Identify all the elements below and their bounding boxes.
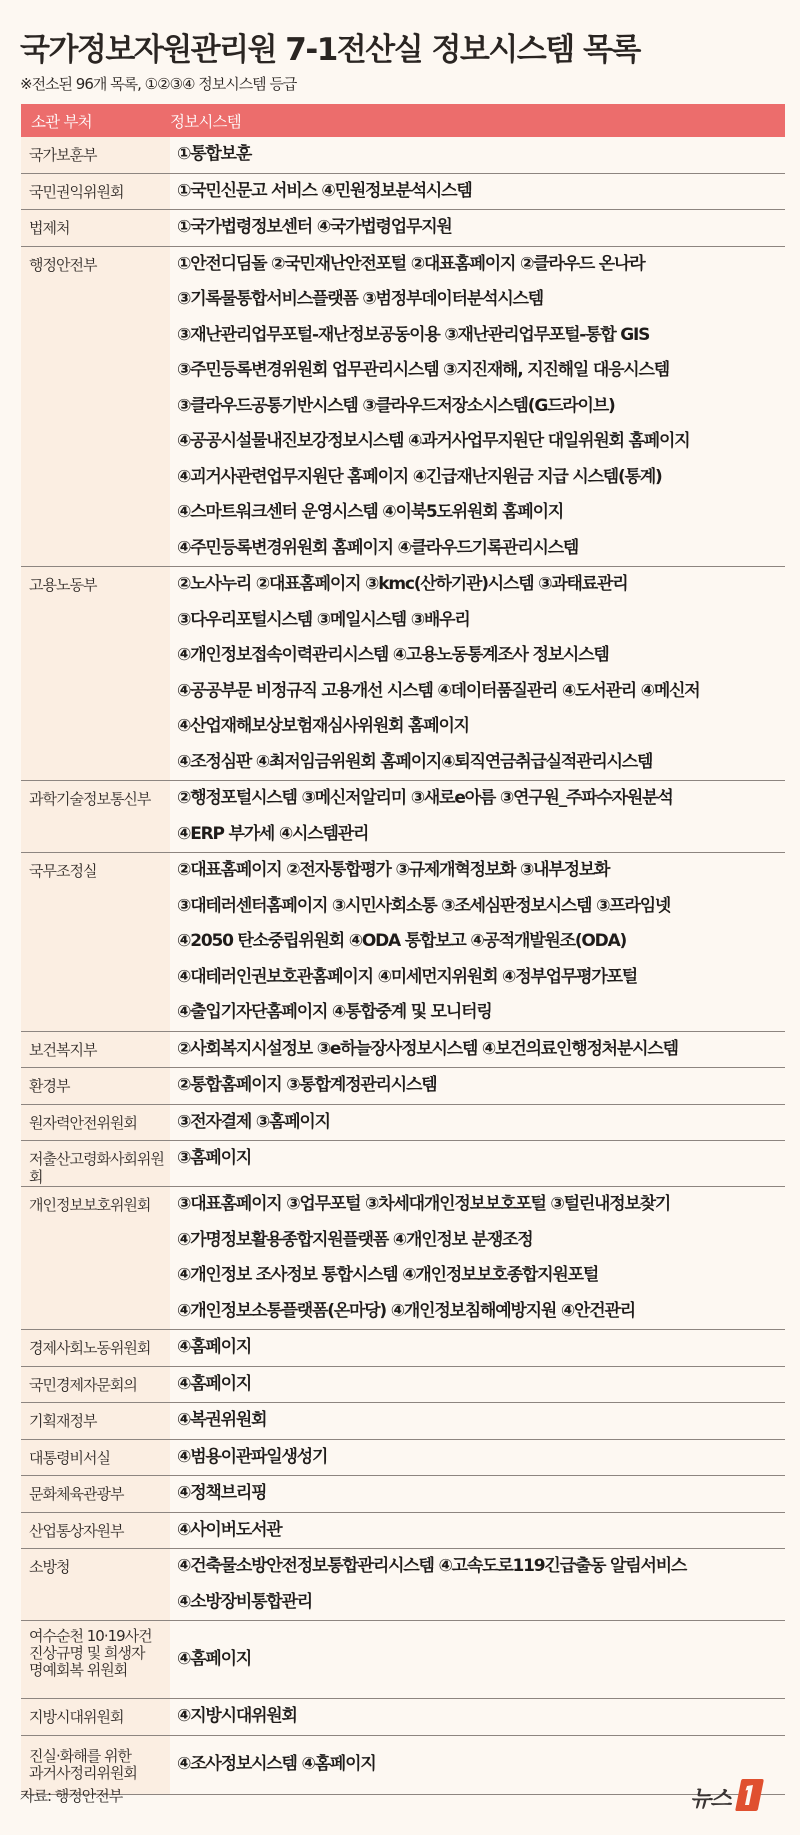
system-line: ③대표홈페이지 ③업무포털 ③차세대개인정보보호포털 ③털린내정보찾기 (177, 1187, 785, 1223)
system-line: ②통합홈페이지 ③통합계정관리시스템 (177, 1068, 785, 1104)
systems-cell: ①안전디딤돌 ②국민재난안전포털 ②대표홈페이지 ②클라우드 온나라③기록물통합… (170, 247, 785, 567)
table-row: 개인정보보호위원회③대표홈페이지 ③업무포털 ③차세대개인정보보호포털 ③털린내… (21, 1187, 785, 1330)
ministry-cell: 국민권익위원회 (21, 174, 170, 210)
system-line: ④ERP 부가세 ④시스템관리 (177, 817, 785, 853)
ministry-name: 행정안전부 (29, 256, 96, 274)
ministry-name: 개인정보보호위원회 (29, 1196, 150, 1214)
table-row: 보건복지부②사회복지시설정보 ③e하늘장사정보시스템 ④보건의료인행정처분시스템 (21, 1032, 785, 1069)
column-header-system: 정보시스템 (170, 110, 785, 132)
table-row: 국가보훈부①통합보훈 (21, 137, 785, 174)
table-row: 저출산고령화사회위원회③홈페이지 (21, 1141, 785, 1187)
system-line: ④스마트워크센터 운영시스템 ④이북5도위원회 홈페이지 (177, 495, 785, 531)
system-line: ④주민등록변경위원회 홈페이지 ④클라우드기록관리시스템 (177, 531, 785, 567)
systems-cell: ②사회복지시설정보 ③e하늘장사정보시스템 ④보건의료인행정처분시스템 (170, 1032, 785, 1068)
ministry-name-line: 명예회복 위원회 (29, 1662, 170, 1679)
systems-cell: ②대표홈페이지 ②전자통합평가 ③규제개혁정보화 ③내부정보화③대테러센터홈페이… (170, 853, 785, 1031)
ministry-cell: 산업통상자원부 (21, 1513, 170, 1549)
system-line: ④정책브리핑 (177, 1476, 785, 1512)
ministry-cell: 여수순천 10·19사건진상규명 및 희생자명예회복 위원회 (21, 1621, 170, 1698)
page-title: 국가정보자원관리원 7-1전산실 정보시스템 목록 (20, 24, 640, 69)
system-line: ④공공시설물내진보강정보시스템 ④과거사업무지원단 대일위원회 홈페이지 (177, 424, 785, 460)
ministry-cell: 보건복지부 (21, 1032, 170, 1068)
table-row: 소방청④건축물소방안전정보통합관리시스템 ④고속도로119긴급출동 알림서비스④… (21, 1549, 785, 1621)
table-row: 국민경제자문회의④홈페이지 (21, 1367, 785, 1404)
systems-cell: ③대표홈페이지 ③업무포털 ③차세대개인정보보호포털 ③털린내정보찾기④가명정보… (170, 1187, 785, 1329)
systems-cell: ①국민신문고 서비스 ④민원정보분석시스템 (170, 174, 785, 210)
page-subtitle: ※전소된 96개 목록, ①②③④ 정보시스템 등급 (20, 73, 296, 94)
ministry-name: 국민권익위원회 (29, 183, 123, 201)
system-line: ④홈페이지 (177, 1330, 785, 1366)
ministry-name-line: 여수순천 10·19사건 (29, 1628, 170, 1645)
systems-cell: ①통합보훈 (170, 137, 785, 173)
system-line: ④조사정보시스템 ④홈페이지 (177, 1747, 376, 1783)
system-line: ③클라우드공통기반시스템 ③클라우드저장소시스템(G드라이브) (177, 389, 785, 425)
table-row: 기획재정부④복권위원회 (21, 1403, 785, 1440)
system-line: ②노사누리 ②대표홈페이지 ③kmc(산하기관)시스템 ③과태료관리 (177, 567, 785, 603)
ministry-name: 대통령비서실 (29, 1449, 110, 1467)
ministry-cell: 경제사회노동위원회 (21, 1330, 170, 1366)
table-row: 환경부②통합홈페이지 ③통합계정관리시스템 (21, 1068, 785, 1105)
system-line: ④소방장비통합관리 (177, 1585, 785, 1621)
table-row: 여수순천 10·19사건진상규명 및 희생자명예회복 위원회④홈페이지 (21, 1621, 785, 1699)
source-note: 자료: 행정안전부 (20, 1785, 122, 1806)
news1-logo: 뉴스 (690, 1778, 764, 1816)
ministry-cell: 환경부 (21, 1068, 170, 1104)
ministry-name: 산업통상자원부 (29, 1522, 123, 1540)
ministry-cell: 소방청 (21, 1549, 170, 1620)
ministry-name: 국무조정실 (29, 862, 96, 880)
system-line: ④산업재해보상보험재심사위원회 홈페이지 (177, 709, 785, 745)
system-line: ①국가법령정보센터 ④국가법령업무지원 (177, 210, 785, 246)
system-line: ①통합보훈 (177, 137, 785, 173)
table-row: 과학기술정보통신부②행정포털시스템 ③메신저알리미 ③새로e아름 ③연구원_주파… (21, 781, 785, 853)
system-line: ①안전디딤돌 ②국민재난안전포털 ②대표홈페이지 ②클라우드 온나라 (177, 247, 785, 283)
system-line: ③기록물통합서비스플랫폼 ③범정부데이터분석시스템 (177, 282, 785, 318)
table-row: 진실·화해를 위한과거사정리위원회④조사정보시스템 ④홈페이지 (21, 1736, 785, 1795)
system-line: ①국민신문고 서비스 ④민원정보분석시스템 (177, 174, 785, 210)
systems-cell: ②통합홈페이지 ③통합계정관리시스템 (170, 1068, 785, 1104)
systems-cell: ④범용이관파일생성기 (170, 1440, 785, 1476)
ministry-name: 원자력안전위원회 (29, 1114, 137, 1132)
system-line: ④범용이관파일생성기 (177, 1440, 785, 1476)
ministry-cell: 국가보훈부 (21, 137, 170, 173)
ministry-name: 국민경제자문회의 (29, 1376, 137, 1394)
ministry-cell: 기획재정부 (21, 1403, 170, 1439)
system-line: ②행정포털시스템 ③메신저알리미 ③새로e아름 ③연구원_주파수자원분석 (177, 781, 785, 817)
system-line: ④2050 탄소중립위원회 ④ODA 통합보고 ④공적개발원조(ODA) (177, 924, 785, 960)
system-line: ④지방시대위원회 (177, 1699, 785, 1735)
table-row: 문화체육관광부④정책브리핑 (21, 1476, 785, 1513)
table-row: 지방시대위원회④지방시대위원회 (21, 1699, 785, 1736)
table-row: 대통령비서실④범용이관파일생성기 (21, 1440, 785, 1477)
ministry-cell: 원자력안전위원회 (21, 1105, 170, 1141)
system-line: ③전자결제 ③홈페이지 (177, 1105, 785, 1141)
ministry-cell: 저출산고령화사회위원회 (21, 1141, 170, 1186)
table-row: 원자력안전위원회③전자결제 ③홈페이지 (21, 1105, 785, 1142)
systems-cell: ③홈페이지 (170, 1141, 785, 1186)
ministry-cell: 고용노동부 (21, 567, 170, 780)
systems-cell: ①국가법령정보센터 ④국가법령업무지원 (170, 210, 785, 246)
ministry-cell: 개인정보보호위원회 (21, 1187, 170, 1329)
system-line: ④출입기자단홈페이지 ④통합중계 및 모니터링 (177, 995, 785, 1031)
systems-cell: ③전자결제 ③홈페이지 (170, 1105, 785, 1141)
ministry-name: 고용노동부 (29, 576, 96, 594)
system-line: ③재난관리업무포털-재난정보공동이용 ③재난관리업무포털-통합 GIS (177, 318, 785, 354)
system-line: ④개인정보접속이력관리시스템 ④고용노동통계조사 정보시스템 (177, 638, 785, 674)
ministry-name-line: 진상규명 및 희생자 (29, 1645, 170, 1662)
ministry-cell: 국민경제자문회의 (21, 1367, 170, 1403)
ministry-name: 지방시대위원회 (29, 1708, 123, 1726)
systems-cell: ④홈페이지 (170, 1330, 785, 1366)
ministry-name: 경제사회노동위원회 (29, 1339, 150, 1357)
systems-table: 소관 부처 정보시스템 국가보훈부①통합보훈국민권익위원회①국민신문고 서비스 … (21, 104, 785, 1795)
system-line: ③주민등록변경위원회 업무관리시스템 ③지진재해, 지진해일 대응시스템 (177, 353, 785, 389)
system-line: ④대테러인권보호관홈페이지 ④미세먼지위원회 ④정부업무평가포털 (177, 960, 785, 996)
table-row: 행정안전부①안전디딤돌 ②국민재난안전포털 ②대표홈페이지 ②클라우드 온나라③… (21, 247, 785, 568)
logo-mark-icon (734, 1778, 764, 1816)
system-line: ③대테러센터홈페이지 ③시민사회소통 ③조세심판정보시스템 ③프라임넷 (177, 889, 785, 925)
logo-text: 뉴스 (690, 1782, 731, 1813)
systems-cell: ②행정포털시스템 ③메신저알리미 ③새로e아름 ③연구원_주파수자원분석④ERP… (170, 781, 785, 852)
ministry-cell: 문화체육관광부 (21, 1476, 170, 1512)
table-body: 국가보훈부①통합보훈국민권익위원회①국민신문고 서비스 ④민원정보분석시스템법제… (21, 137, 785, 1795)
ministry-name: 보건복지부 (29, 1041, 96, 1059)
table-row: 국무조정실②대표홈페이지 ②전자통합평가 ③규제개혁정보화 ③내부정보화③대테러… (21, 853, 785, 1032)
ministry-name: 소방청 (29, 1558, 69, 1576)
table-row: 법제처①국가법령정보센터 ④국가법령업무지원 (21, 210, 785, 247)
ministry-cell: 지방시대위원회 (21, 1699, 170, 1735)
column-header-ministry: 소관 부처 (21, 110, 170, 132)
system-line: ④사이버도서관 (177, 1513, 785, 1549)
system-line: ④조정심판 ④최저임금위원회 홈페이지④퇴직연금취급실적관리시스템 (177, 745, 785, 781)
systems-cell: ④건축물소방안전정보통합관리시스템 ④고속도로119긴급출동 알림서비스④소방장… (170, 1549, 785, 1620)
systems-cell: ④정책브리핑 (170, 1476, 785, 1512)
table-row: 국민권익위원회①국민신문고 서비스 ④민원정보분석시스템 (21, 174, 785, 211)
ministry-name: 기획재정부 (29, 1412, 96, 1430)
ministry-cell: 국무조정실 (21, 853, 170, 1031)
ministry-cell: 행정안전부 (21, 247, 170, 567)
system-line: ④복권위원회 (177, 1403, 785, 1439)
table-header: 소관 부처 정보시스템 (21, 104, 785, 137)
systems-cell: ②노사누리 ②대표홈페이지 ③kmc(산하기관)시스템 ③과태료관리③다우리포털… (170, 567, 785, 780)
system-line: ④공공부문 비정규직 고용개선 시스템 ④데이터품질관리 ④도서관리 ④메신저 (177, 674, 785, 710)
table-row: 고용노동부②노사누리 ②대표홈페이지 ③kmc(산하기관)시스템 ③과태료관리③… (21, 567, 785, 781)
system-line: ③홈페이지 (177, 1141, 785, 1177)
table-row: 산업통상자원부④사이버도서관 (21, 1513, 785, 1550)
ministry-name: 저출산고령화사회위원회 (29, 1150, 164, 1186)
system-line: ④괴거사관련업무지원단 홈페이지 ④긴급재난지원금 지급 시스템(통계) (177, 460, 785, 496)
system-line: ④가명정보활용종합지원플랫폼 ④개인정보 분쟁조정 (177, 1223, 785, 1259)
table-row: 경제사회노동위원회④홈페이지 (21, 1330, 785, 1367)
system-line: ④개인정보 조사정보 통합시스템 ④개인정보보호종합지원포털 (177, 1258, 785, 1294)
system-line: ④건축물소방안전정보통합관리시스템 ④고속도로119긴급출동 알림서비스 (177, 1549, 785, 1585)
systems-cell: ④홈페이지 (170, 1367, 785, 1403)
system-line: ③다우리포털시스템 ③메일시스템 ③배우리 (177, 603, 785, 639)
system-line: ④홈페이지 (177, 1642, 251, 1678)
system-line: ④개인정보소통플랫폼(온마당) ④개인정보침해예방지원 ④안건관리 (177, 1294, 785, 1330)
systems-cell: ④홈페이지 (170, 1621, 785, 1698)
ministry-name: 법제처 (29, 219, 69, 237)
ministry-name: 국가보훈부 (29, 146, 96, 164)
systems-cell: ④사이버도서관 (170, 1513, 785, 1549)
infographic: 국가정보자원관리원 7-1전산실 정보시스템 목록 ※전소된 96개 목록, ①… (0, 0, 800, 1835)
system-line: ④홈페이지 (177, 1367, 785, 1403)
ministry-name-line: 진실·화해를 위한 (29, 1748, 137, 1765)
system-line: ②사회복지시설정보 ③e하늘장사정보시스템 ④보건의료인행정처분시스템 (177, 1032, 785, 1068)
ministry-name: 문화체육관광부 (29, 1485, 123, 1503)
ministry-cell: 법제처 (21, 210, 170, 246)
systems-cell: ④지방시대위원회 (170, 1699, 785, 1735)
ministry-cell: 대통령비서실 (21, 1440, 170, 1476)
systems-cell: ④복권위원회 (170, 1403, 785, 1439)
ministry-name-line: 과거사정리위원회 (29, 1765, 137, 1782)
ministry-name: 과학기술정보통신부 (29, 790, 150, 808)
ministry-cell: 과학기술정보통신부 (21, 781, 170, 852)
ministry-name: 환경부 (29, 1077, 69, 1095)
system-line: ②대표홈페이지 ②전자통합평가 ③규제개혁정보화 ③내부정보화 (177, 853, 785, 889)
